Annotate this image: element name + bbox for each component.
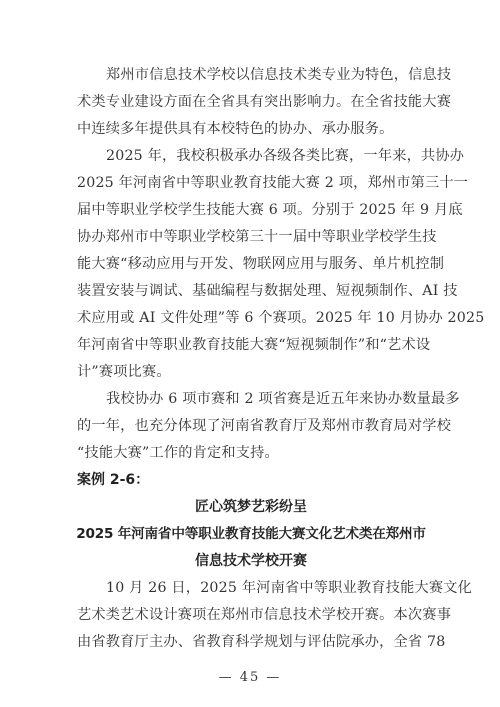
text-line: “技能大赛”工作的肯定和支持。 xyxy=(77,440,425,467)
text-line: 能大赛“移动应用与开发、物联网应用与服务、单片机控制 xyxy=(77,251,425,278)
text-line: 术应用或 AI 文件处理”等 6 个赛项。2025 年 10 月协办 2025 xyxy=(77,305,425,332)
text-line: 郑州市信息技术学校以信息技术类专业为特色，信息技 xyxy=(77,62,425,89)
case-title: 匠心筑梦艺彩纷呈 2025 年河南省中等职业教育技能大赛文化艺术类在郑州市 信息… xyxy=(77,494,425,575)
text-line: 协办郑州市中等职业学校第三十一届中等职业学校学生技 xyxy=(77,224,425,251)
text-line: 中连续多年提供具有本校特色的协办、承办服务。 xyxy=(77,116,425,143)
text-line: 届中等职业学校学生技能大赛 6 项。分别于 2025 年 9 月底 xyxy=(77,197,425,224)
text-line: 2025 年，我校积极承办各级各类比赛，一年来，共协办 xyxy=(77,143,425,170)
text-line: 装置安装与调试、基础编程与数据处理、短视频制作、AI 技 xyxy=(77,278,425,305)
paragraph-summary: 我校协办 6 项市赛和 2 项省赛是近五年来协办数量最多 的一年，也充分体现了河… xyxy=(77,386,425,467)
text-line: 计”赛项比赛。 xyxy=(77,359,425,386)
text-line: 术类专业建设方面在全省具有突出影响力。在全省技能大赛 xyxy=(77,89,425,116)
text-line: 10 月 26 日，2025 年河南省中等职业教育技能大赛文化 xyxy=(77,575,425,602)
paragraph-2025-competitions: 2025 年，我校积极承办各级各类比赛，一年来，共协办 2025 年河南省中等职… xyxy=(77,143,425,386)
case-body: 10 月 26 日，2025 年河南省中等职业教育技能大赛文化 艺术类艺术设计赛… xyxy=(77,575,425,656)
paragraph-intro: 郑州市信息技术学校以信息技术类专业为特色，信息技 术类专业建设方面在全省具有突出… xyxy=(77,62,425,143)
text-line: 2025 年河南省中等职业教育技能大赛 2 项，郑州市第三十一 xyxy=(77,170,425,197)
text-line: 的一年，也充分体现了河南省教育厅及郑州市教育局对学校 xyxy=(77,413,425,440)
case-title-line: 2025 年河南省中等职业教育技能大赛文化艺术类在郑州市 xyxy=(71,521,431,548)
case-label: 案例 2-6： xyxy=(77,467,425,494)
text-line: 我校协办 6 项市赛和 2 项省赛是近五年来协办数量最多 xyxy=(77,386,425,413)
document-page: 郑州市信息技术学校以信息技术类专业为特色，信息技 术类专业建设方面在全省具有突出… xyxy=(77,62,425,656)
case-title-line: 信息技术学校开赛 xyxy=(77,548,425,575)
text-line: 年河南省中等职业教育技能大赛“短视频制作”和“艺术设 xyxy=(77,332,425,359)
text-line: 由省教育厅主办、省教育科学规划与评估院承办，全省 78 xyxy=(77,629,425,656)
page-number: — 45 — xyxy=(0,670,500,685)
case-title-line: 匠心筑梦艺彩纷呈 xyxy=(77,494,425,521)
text-line: 艺术类艺术设计赛项在郑州市信息技术学校开赛。本次赛事 xyxy=(77,602,425,629)
